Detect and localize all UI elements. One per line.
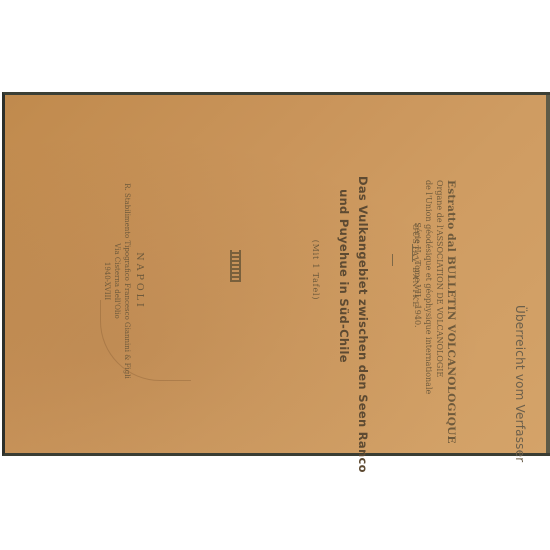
presentation-stamp: Überreicht vom Verfasser: [513, 305, 527, 462]
organ-line: Organe de l'ASSOCIATION DE VOLCANOLOGIE: [434, 180, 445, 370]
title-block: Das Vulkangebiet zwischen den Seen Ranco…: [334, 176, 372, 376]
document-sheet: [2, 92, 550, 456]
title-line-2: und Puyehue in Süd-Chile: [334, 176, 353, 376]
subtitle: (Mit 1 Tafel): [311, 220, 320, 320]
ornament-icon: [230, 250, 241, 282]
subtitle-block: (Mit 1 Tafel): [311, 220, 320, 320]
offprint-line: Estratto dal BULLETIN VOLCANOLOGIQUE: [445, 180, 456, 370]
author-name: GUSTAV BANTKE: [411, 196, 420, 336]
sheet-edge: [546, 95, 550, 453]
title-line-1: Das Vulkangebiet zwischen den Seen Ranco: [353, 176, 372, 376]
union-line: de l'Union géodésique et géophysique int…: [423, 180, 434, 370]
author-block: GUSTAV BANTKE: [411, 196, 420, 336]
photo-background: Estratto dal BULLETIN VOLCANOLOGIQUE Org…: [0, 0, 550, 550]
divider-rule: [392, 254, 393, 266]
